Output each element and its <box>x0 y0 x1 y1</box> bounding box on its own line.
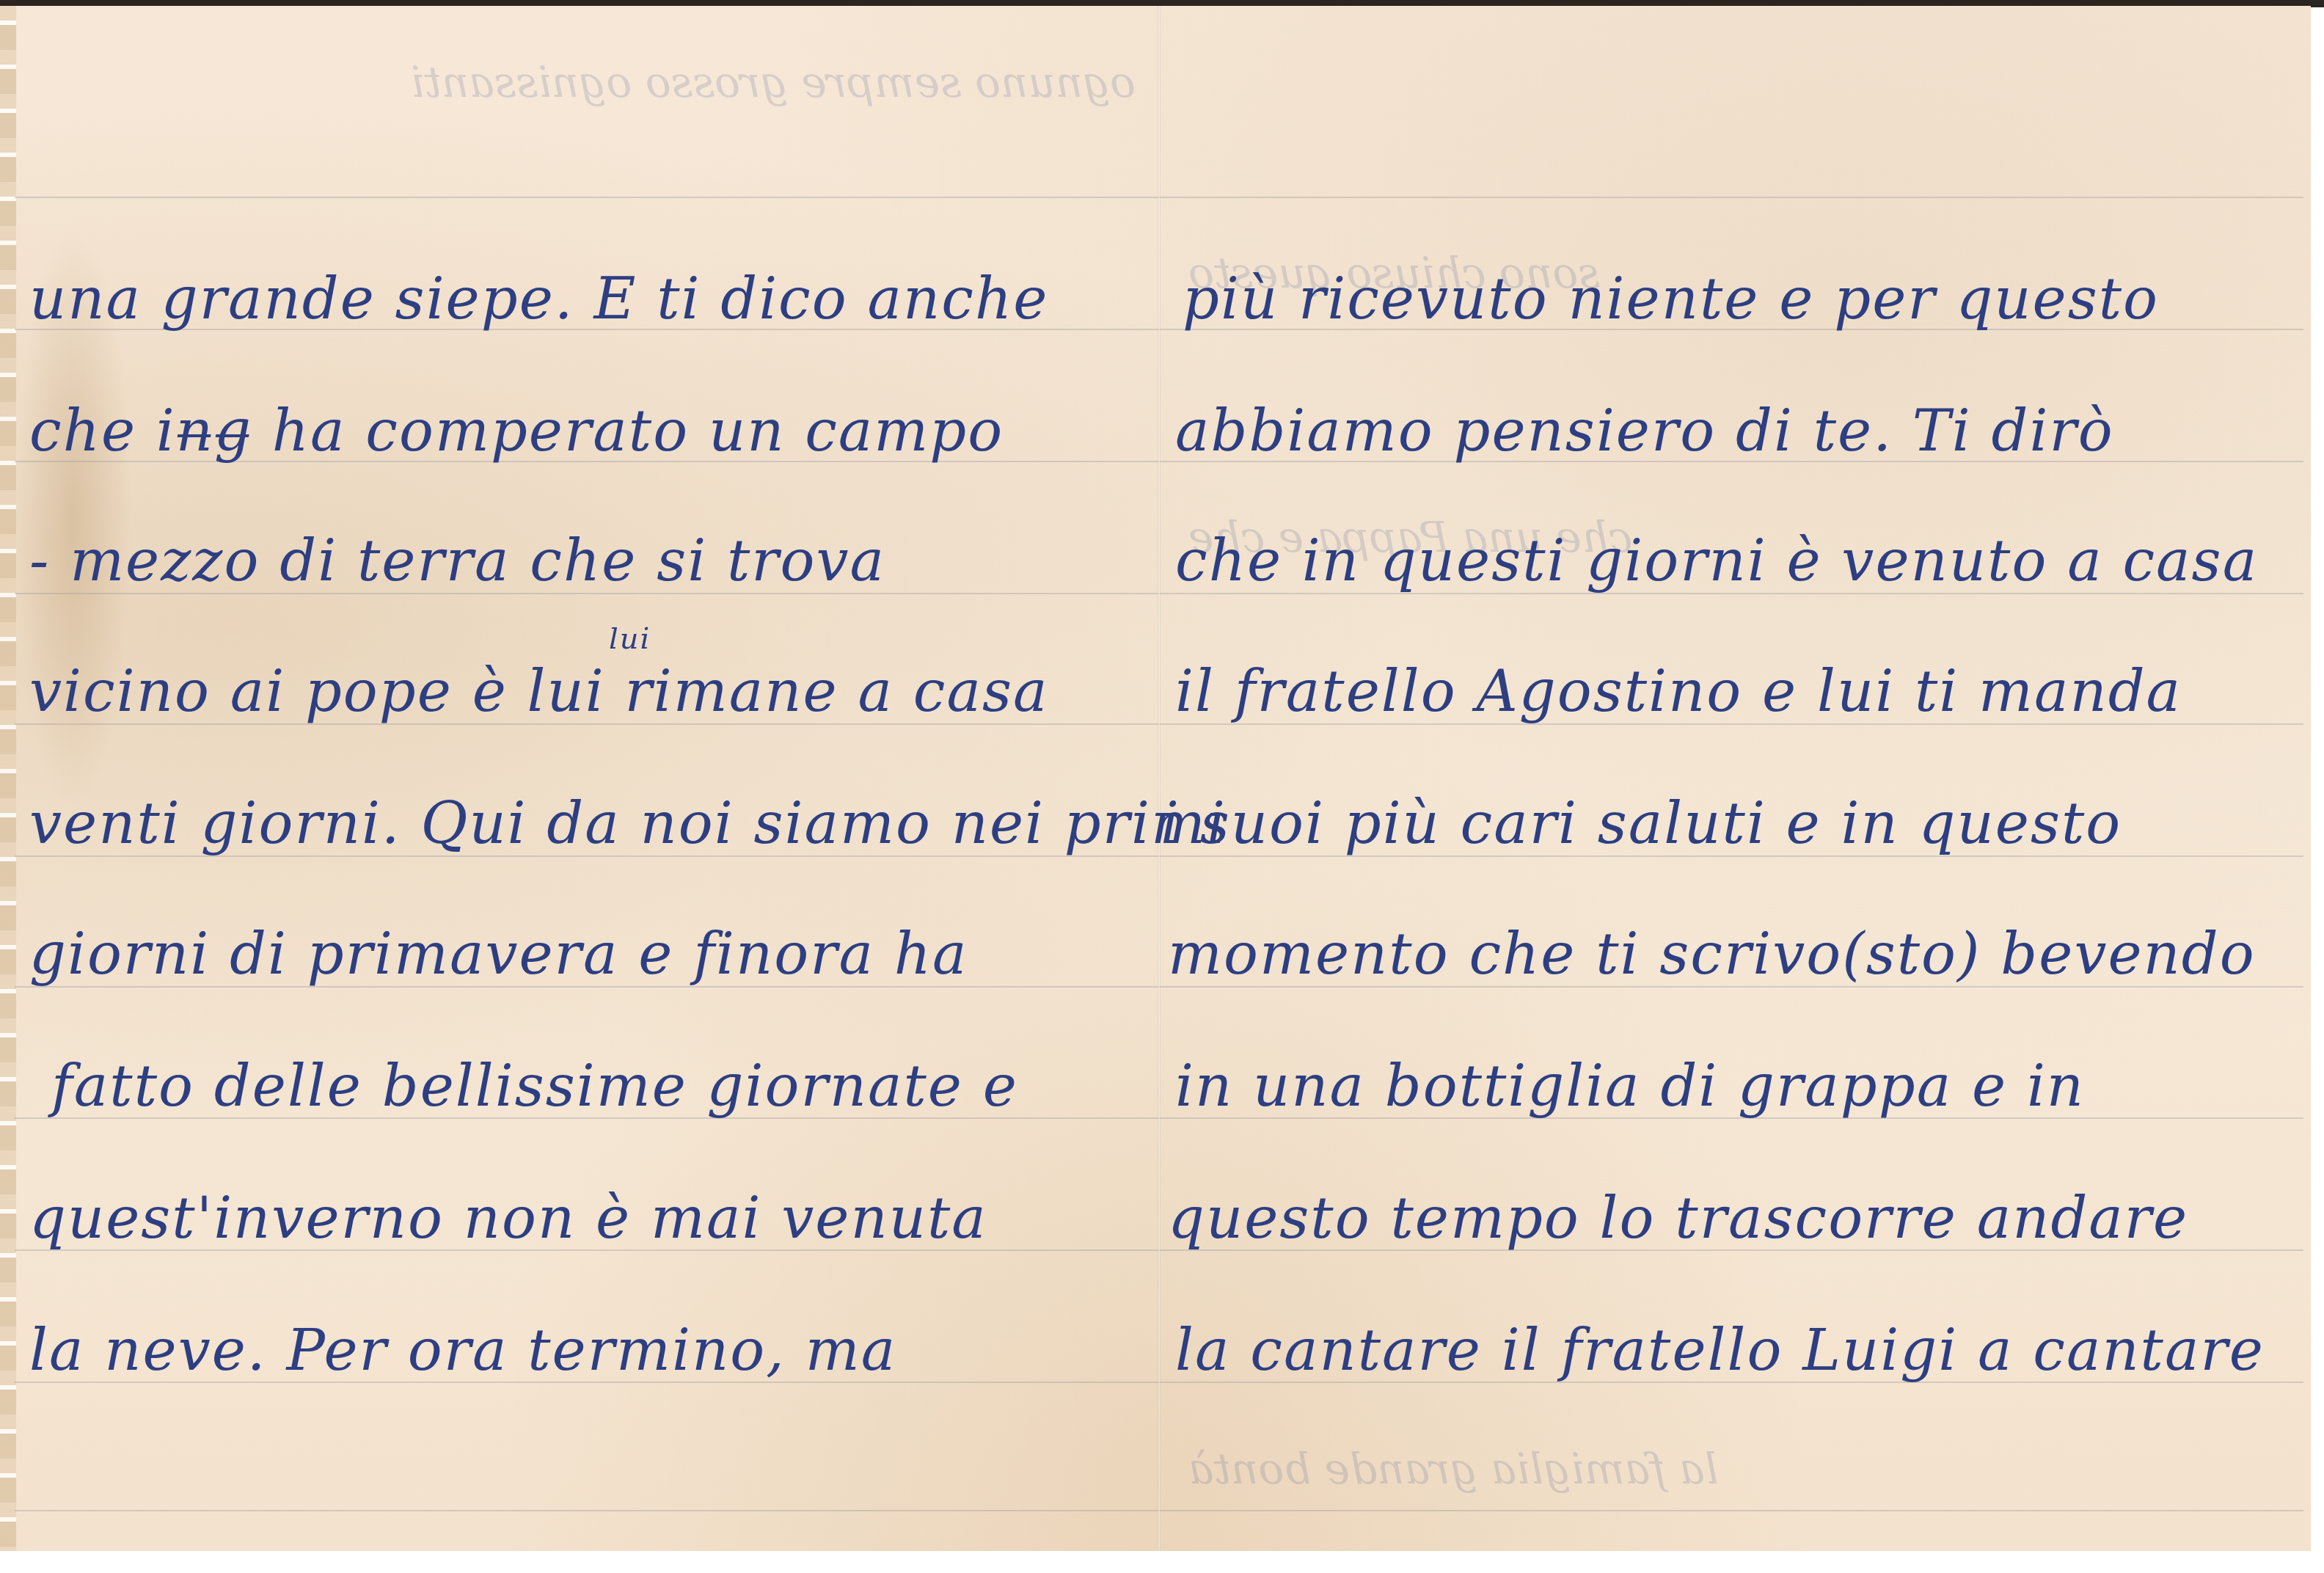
handwritten-line: questo tempo lo trascorre andare <box>1168 1186 2188 1252</box>
handwritten-line: quest'inverno non è mai venuta <box>29 1186 987 1252</box>
letter-sheet: ognuno sempre grosso ognissanti sono chi… <box>0 6 2311 1554</box>
handwritten-line: vicino ai pope è lui rimane a casa <box>29 659 1048 725</box>
handwritten-line: giorni di primavera e finora ha <box>29 921 968 988</box>
handwritten-line: la neve. Per ora termino, ma <box>29 1318 896 1384</box>
handwritten-line: il fratello Agostino e lui ti manda <box>1175 659 2182 725</box>
handwritten-line: venti giorni. Qui da noi siamo nei primi <box>29 791 1227 857</box>
handwritten-line: fatto delle bellissime giornate e <box>51 1054 1018 1120</box>
handwritten-line: che in̶g̶ ha comperato un campo <box>29 398 1004 464</box>
handwritten-line: una grande siepe. E ti dico anche <box>29 266 1048 332</box>
handwritten-line: che in questi giorni è venuto a casa <box>1175 528 2258 594</box>
interlinear-insert: lui <box>609 622 651 656</box>
handwritten-line: momento che ti scrivo(sto) bevendo <box>1168 921 2256 988</box>
scanner-bottom-margin <box>0 1551 2324 1573</box>
handwritten-line: in una bottiglia di grappa e in <box>1175 1054 2085 1120</box>
left-page: una grande siepe. E ti dico anche che in… <box>0 6 1158 1554</box>
handwritten-line: la cantare il fratello Luigi a cantare <box>1175 1318 2265 1384</box>
right-page: più ricevuto niente e per questo abbiamo… <box>1161 6 2311 1554</box>
handwritten-line: più ricevuto niente e per questo <box>1183 266 2159 332</box>
handwritten-line: - mezzo di terra che si trova <box>29 528 885 594</box>
handwritten-line: i suoi più cari saluti e in questo <box>1161 791 2122 857</box>
handwritten-line: abbiamo pensiero di te. Ti dirò <box>1175 398 2114 464</box>
